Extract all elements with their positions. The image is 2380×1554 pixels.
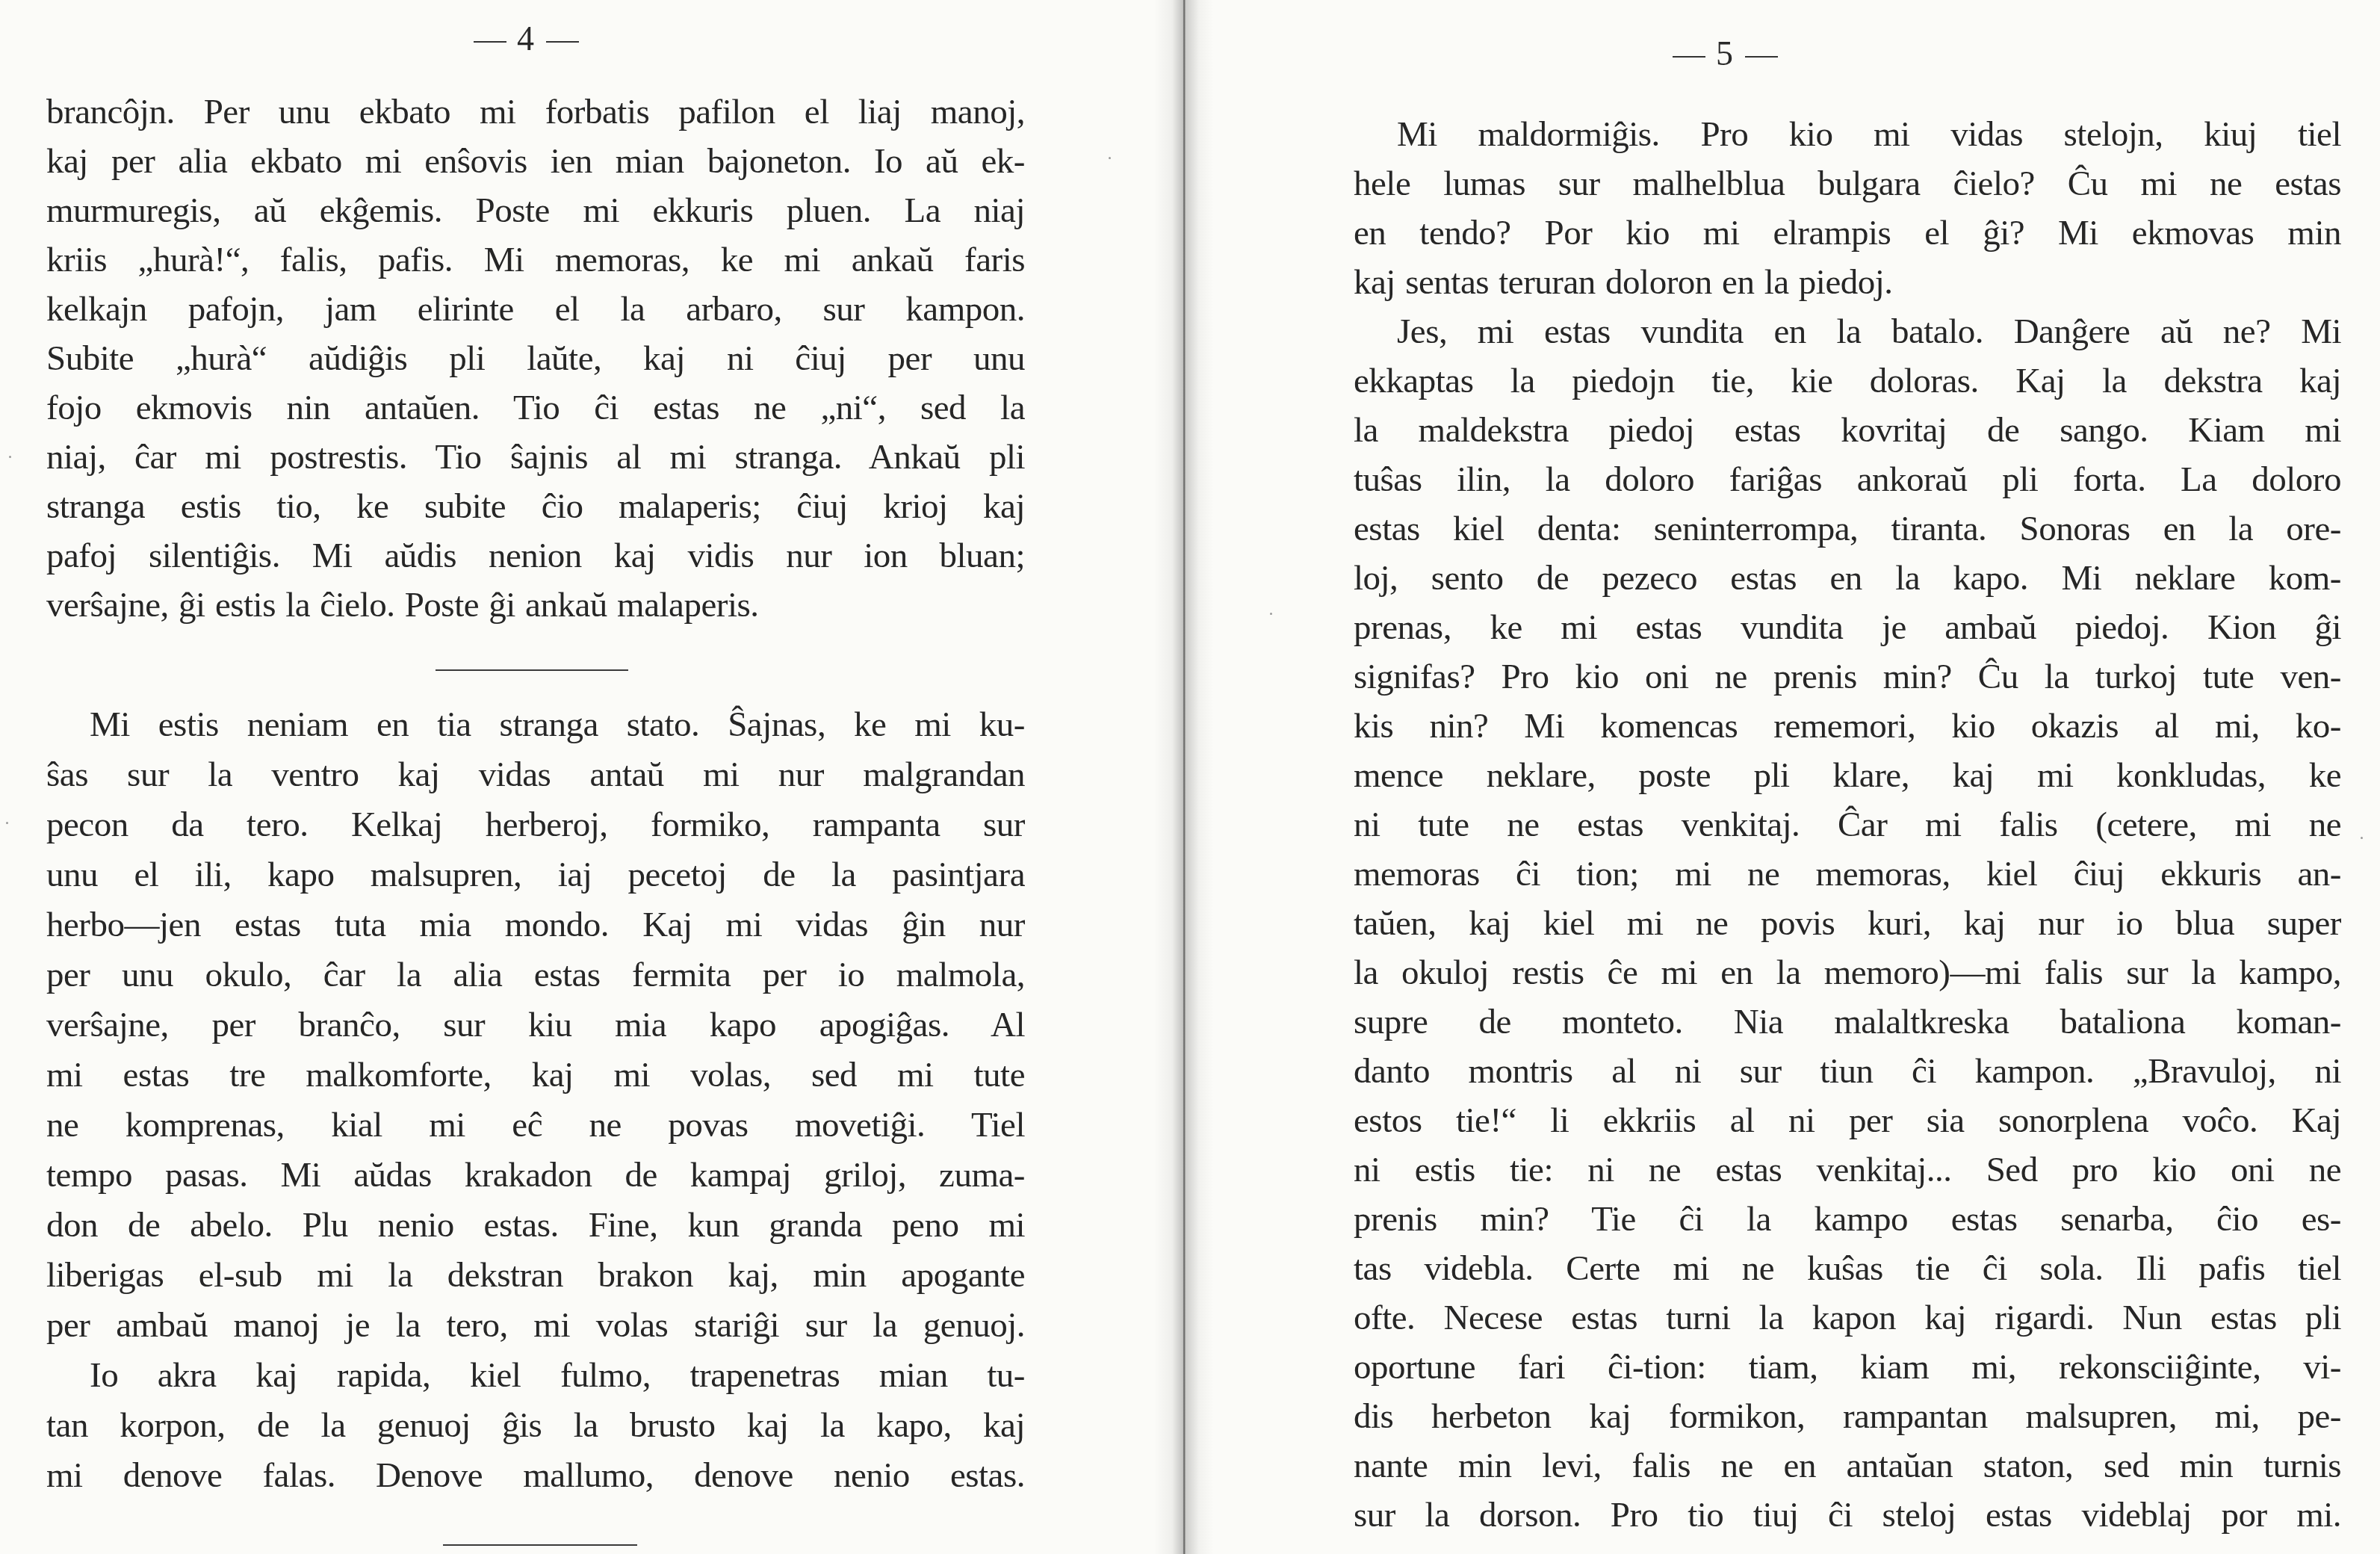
folio-dash	[474, 41, 506, 43]
text-line: la okuloj restis ĉe mi en la memoro)—mi …	[1354, 948, 2341, 997]
text-line: ni estis tie: ni ne estas venkitaj... Se…	[1354, 1145, 2341, 1195]
text-line: en tendo? Por kio mi elrampis el ĝi? Mi …	[1354, 208, 2341, 258]
text-line: per unu okulo, ĉar la alia estas fermita…	[46, 950, 1025, 1000]
text-line: fojo ekmovis nin antaŭen. Tio ĉi estas n…	[46, 383, 1025, 433]
page-number-right: 5	[1662, 31, 1788, 76]
scan-speck	[2361, 837, 2363, 839]
text-line: danto montris al ni sur tiun ĉi kampon. …	[1354, 1047, 2341, 1096]
text-line: dis herbeton kaj formikon, rampantan mal…	[1354, 1392, 2341, 1441]
text-line: nante min levi, falis ne en antaŭan stat…	[1354, 1441, 2341, 1490]
text-line: sur la dorson. Pro tio tiuj ĉi steloj es…	[1354, 1490, 2341, 1540]
text-line: kaj sentas teruran doloron en la piedoj.	[1354, 258, 2341, 307]
text-line: la maldekstra piedoj estas kovritaj de s…	[1354, 406, 2341, 455]
section-divider	[436, 669, 628, 671]
text-line: signifas? Pro kio oni ne prenis min? Ĉu …	[1354, 652, 2341, 702]
text-line: mi estas tre malkomforte, kaj mi volas, …	[46, 1050, 1025, 1100]
text-line: brancôjn. Per unu ekbato mi forbatis paf…	[46, 87, 1025, 137]
text-line: mence neklare, poste pli klare, kaj mi k…	[1354, 751, 2341, 800]
text-line: taŭen, kaj kiel mi ne povis kuri, kaj nu…	[1354, 899, 2341, 948]
text-line: don de abelo. Plu nenio estas. Fine, kun…	[46, 1201, 1025, 1250]
text-line: pafoj silentiĝis. Mi aŭdis nenion kaj vi…	[46, 531, 1025, 581]
text-line: estos tie!“ li ekkriis al ni per sia son…	[1354, 1096, 2341, 1145]
bottom-rule	[443, 1544, 637, 1546]
text-line: prenis min? Tie ĉi la kampo estas senarb…	[1354, 1195, 2341, 1244]
text-line: Io akra kaj rapida, kiel fulmo, trapenet…	[90, 1351, 1025, 1400]
text-line: tuŝas ilin, la doloro fariĝas ankoraŭ pl…	[1354, 455, 2341, 504]
text-line: mi denove falas. Denove mallumo, denove …	[46, 1451, 1025, 1500]
text-line: verŝajne, ĝi estis la ĉielo. Poste ĝi an…	[46, 581, 1025, 630]
text-line: ŝas sur la ventro kaj vidas antaŭ mi nur…	[46, 750, 1025, 799]
scan-speck	[6, 822, 8, 824]
page-number-left: 4	[463, 16, 589, 61]
text-line: liberigas el-sub mi la dekstran brakon k…	[46, 1251, 1025, 1300]
text-line: unu el ili, kapo malsupren, iaj pecetoj …	[46, 850, 1025, 900]
text-line: verŝajne, per branĉo, sur kiu mia kapo a…	[46, 1000, 1025, 1050]
scan-speck	[9, 456, 11, 458]
text-line: per ambaŭ manoj je la tero, mi volas sta…	[46, 1301, 1025, 1350]
text-line: oportune fari ĉi-tion: tiam, kiam mi, re…	[1354, 1343, 2341, 1392]
text-line: tempo pasas. Mi aŭdas krakadon de kampaj…	[46, 1151, 1025, 1200]
text-line: memoras ĉi tion; mi ne memoras, kiel ĉiu…	[1354, 849, 2341, 899]
text-line: prenas, ke mi estas vundita je ambaŭ pie…	[1354, 603, 2341, 652]
text-line: Mi estis neniam en tia stranga stato. Ŝa…	[90, 700, 1025, 749]
text-line: Subite „hurà“ aŭdiĝis pli laŭte, kaj ni …	[46, 334, 1025, 383]
text-line: stranga estis tio, ke subite ĉio malaper…	[46, 482, 1025, 531]
scan-speck	[1109, 157, 1111, 159]
text-line: ne komprenas, kial mi eĉ ne povas moveti…	[46, 1101, 1025, 1150]
folio-dash	[1745, 56, 1778, 58]
folio-dash	[1673, 56, 1705, 58]
text-line: Jes, mi estas vundita en la batalo. Danĝ…	[1397, 307, 2341, 356]
text-line: tas videbla. Certe mi ne kuŝas tie ĉi so…	[1354, 1244, 2341, 1293]
text-line: ni tute ne estas venkitaj. Ĉar mi falis …	[1354, 800, 2341, 849]
text-line: murmuregis, aŭ ekĝemis. Poste mi ekkuris…	[46, 186, 1025, 235]
text-line: tan korpon, de la genuoj ĝis la brusto k…	[46, 1401, 1025, 1450]
text-line: kis nin? Mi komencas rememori, kio okazi…	[1354, 702, 2341, 751]
text-line: niaj, ĉar mi postrestis. Tio ŝajnis al m…	[46, 433, 1025, 482]
text-line: kelkajn pafojn, jam elirinte el la arbar…	[46, 285, 1025, 334]
folio-dash	[546, 41, 579, 43]
text-line: herbo—jen estas tuta mia mondo. Kaj mi v…	[46, 900, 1025, 950]
text-line: ofte. Necese estas turni la kapon kaj ri…	[1354, 1293, 2341, 1343]
book-spread: 4 5 brancôjn. Per unu ekbato mi forbatis…	[0, 0, 2380, 1554]
text-line: loj, sento de pezeco estas en la kapo. M…	[1354, 554, 2341, 603]
scan-speck	[1270, 613, 1272, 615]
text-line: kaj per alia ekbato mi enŝovis ien mian …	[46, 137, 1025, 186]
page-number-text: 4	[517, 19, 536, 58]
text-line: pecon da tero. Kelkaj herberoj, formiko,…	[46, 800, 1025, 849]
text-line: Mi maldormiĝis. Pro kio mi vidas stelojn…	[1397, 110, 2341, 159]
text-line: ekkaptas la piedojn tie, kie doloras. Ka…	[1354, 356, 2341, 406]
text-line: estas kiel denta: seninterrompa, tiranta…	[1354, 504, 2341, 554]
text-line: hele lumas sur malhelblua bulgara ĉielo?…	[1354, 159, 2341, 208]
text-line: kriis „hurà!“, falis, pafis. Mi memoras,…	[46, 235, 1025, 285]
page-number-text: 5	[1716, 34, 1735, 72]
text-line: supre de monteto. Nia malaltkreska batal…	[1354, 997, 2341, 1047]
